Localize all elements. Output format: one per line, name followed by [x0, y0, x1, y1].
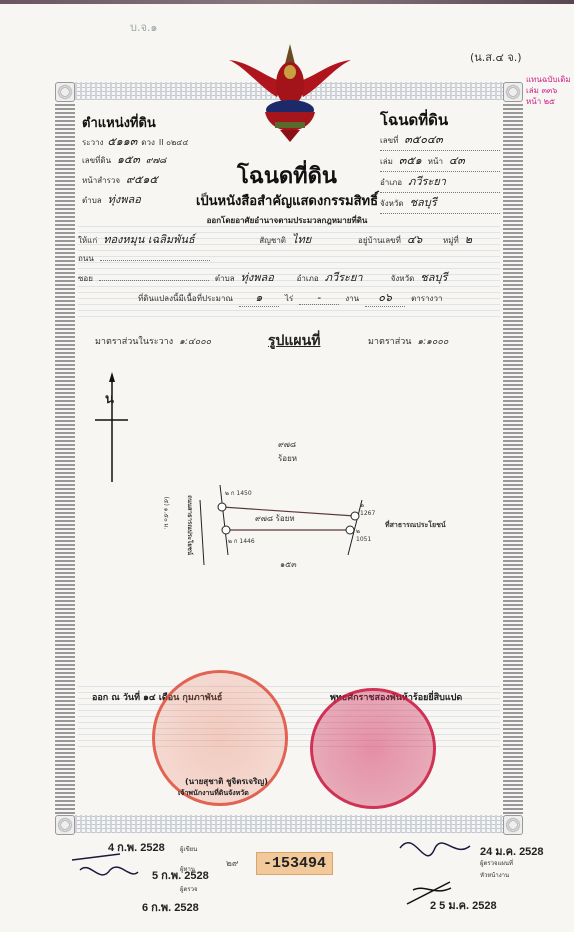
land-location-heading: ตำแหน่งที่ดิน [82, 112, 156, 133]
deed-subtitle: เป็นหนังสือสำคัญแสดงกรรมสิทธิ์ [0, 190, 574, 211]
footer-labels-right: ผู้ตรวจแผนที่ หัวหน้างาน [480, 858, 513, 882]
left-road-sub: (๕) ๑.๕๐ ม. [161, 497, 171, 530]
date-checked: 5 ก.พ. 2528 [152, 866, 209, 884]
address-row: ซอย ตำบล ทุ่งพลอ อำเภอ ภวีระยา จังหวัด ช… [78, 268, 500, 288]
moo: ๒ [465, 230, 472, 248]
house-no: ๔๖ [407, 230, 437, 248]
field-deed-no: เลขที่ ๓๕๐๔๓ [380, 130, 500, 151]
top-edge [0, 0, 574, 4]
area-wa: ๐๖ [365, 288, 405, 307]
page-code: ๒๙ [226, 856, 239, 870]
date-approved: 2 5 ม.ค. 2528 [430, 896, 497, 914]
marker-sw: ๒ ก 1446 [228, 536, 255, 546]
marker-ne: ๒1267 [360, 500, 375, 517]
map-scale: มาตราส่วนในระวาง ๑:๔๐๐๐ [95, 334, 211, 348]
signature-left-icon [70, 850, 140, 890]
north-label: น [105, 388, 114, 409]
deed-heading: โฉนดที่ดิน [380, 108, 448, 132]
marker-nw: ๒ ก 1450 [225, 488, 252, 498]
deed-title: โฉนดที่ดิน [0, 158, 574, 193]
parcel-label: ๙๗๘ ร้อยห [255, 512, 295, 525]
area-row: ที่ดินแปลงนี้มีเนื้อที่ประมาณ ๑ ไร่ - งา… [78, 288, 500, 308]
corner-ornament-icon [503, 815, 523, 835]
garuda-emblem-icon [225, 42, 355, 147]
official-title: เจ้าพนักงานที่ดินจังหวัด [178, 788, 249, 799]
owner-section: ให้แก่ ทองหมุน เฉลิมพันธ์ สัญชาติ ไทย อย… [78, 226, 500, 322]
plan-title: รูปแผนที่ [268, 330, 320, 352]
parcel-below-label: ๑๕๓ [280, 558, 297, 571]
pencil-note: บ.จ.๑ [130, 18, 157, 36]
stamp-line-1: เล่ม ๓๓๖ [526, 85, 572, 96]
serial-number: -153494 [256, 852, 333, 875]
marker-se: ๒1051 [356, 526, 371, 543]
signature-right-icon [395, 828, 475, 878]
parcel-above-sub: ร้อยห [278, 452, 297, 465]
corner-ornament-icon [55, 815, 75, 835]
road-row: ถนน [78, 252, 500, 268]
land-office-seal-icon [310, 688, 436, 809]
official-name: (นายสุชาติ ชูจิตรเจริญ) [185, 775, 268, 788]
parcel-above-label: ๙๗๘ [278, 438, 296, 451]
replacement-stamp: แทนฉบับเดิม เล่ม ๓๓๖ หน้า ๒๕ [526, 74, 572, 107]
plan-scale: มาตราส่วน ๑:๑๐๐๐ [368, 334, 448, 348]
owner-row: ให้แก่ ทองหมุน เฉลิมพันธ์ สัญชาติ ไทย อย… [78, 226, 500, 252]
owner-name: ทองหมุน เฉลิมพันธ์ [103, 230, 253, 248]
form-number: (น.ส.๔ จ.) [470, 48, 522, 66]
left-road-label: ถนนสาธารณประโยชน์ [185, 495, 195, 555]
area-ngan: - [299, 291, 339, 305]
stamp-line-2: หน้า ๒๕ [526, 96, 572, 107]
nationality: ไทย [292, 230, 352, 248]
corner-ornament-icon [503, 82, 523, 102]
right-label: ที่สาธารณประโยชน์ [385, 520, 446, 531]
survey-plan: ๙๗๘ ร้อยห ๙๗๘ ร้อยห ๑๕๓ ๒ ก 1450 ๒1267 ๒… [180, 430, 480, 580]
stamp-label: แทนฉบับเดิม [526, 74, 572, 85]
date-verified: 6 ก.พ. 2528 [142, 898, 199, 916]
corner-ornament-icon [55, 82, 75, 102]
field-ravang: ระวาง ๕๑๑๓ ดวง II ๐๒๔๔ [82, 132, 242, 150]
area-rai: ๑ [239, 288, 279, 307]
north-arrow-icon: น [90, 372, 130, 482]
